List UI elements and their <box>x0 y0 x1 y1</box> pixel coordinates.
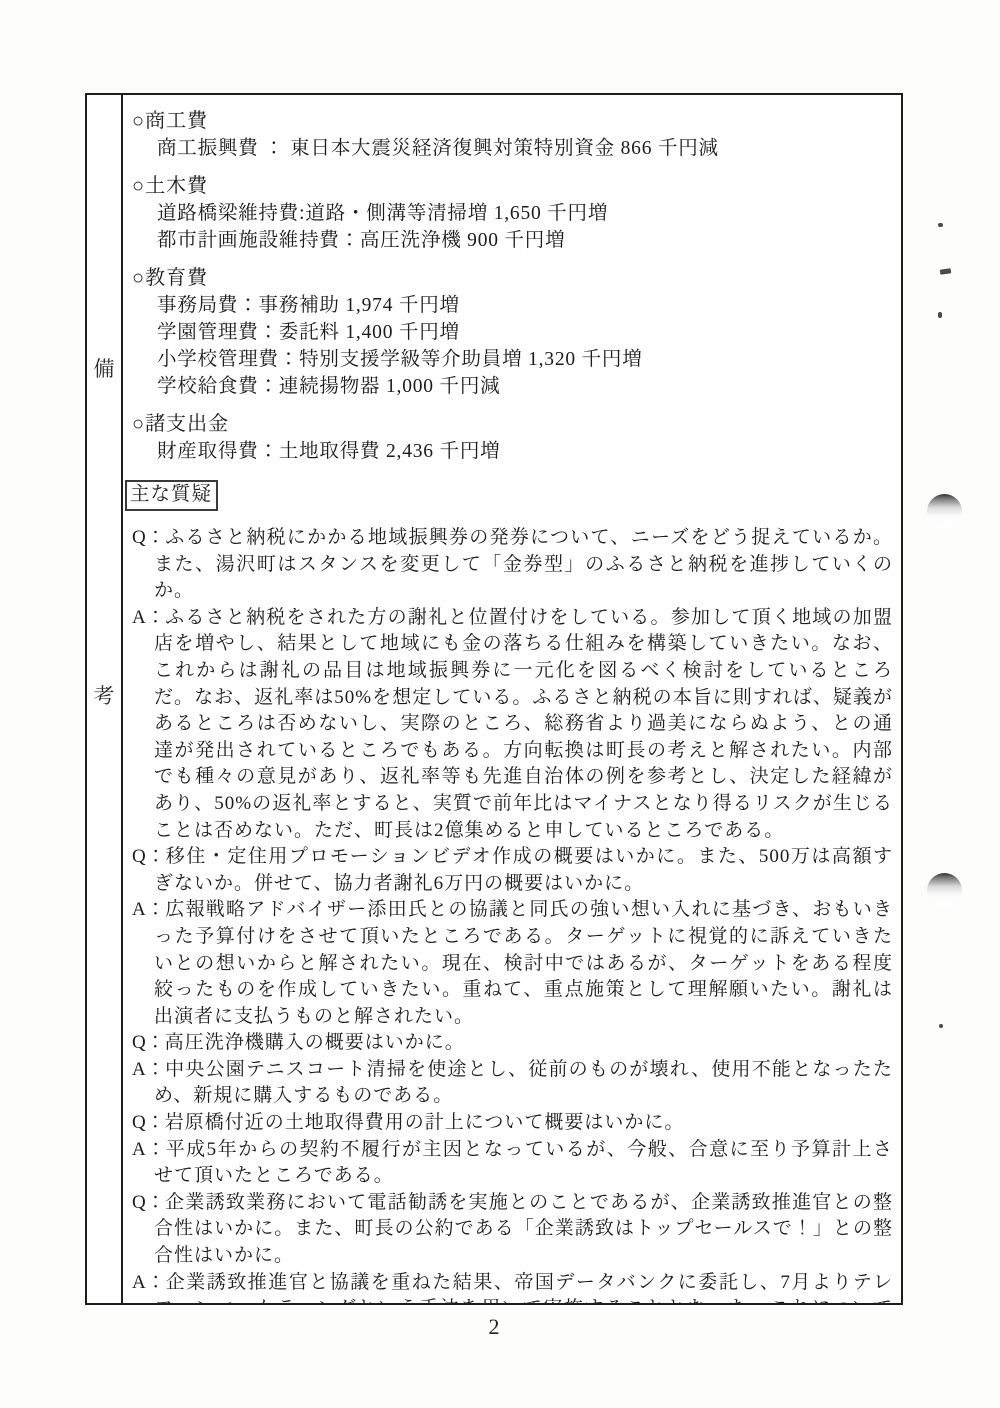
section-item: 学園管理費：委託料 1,400 千円増 <box>132 319 893 346</box>
qa-question: Q：高圧洗浄機購入の概要はいかに。 <box>132 1030 893 1057</box>
qa-prefix: Q： <box>132 527 165 548</box>
qa-answer: A：平成5年からの契約不履行が主因となっているが、今般、合意に至り予算計上させて… <box>132 1137 893 1190</box>
section-item: 財産取得費：土地取得費 2,436 千円増 <box>132 438 893 465</box>
qa-question: Q：移住・定住用プロモーションビデオ作成の概要はいかに。また、500万は高額すぎ… <box>132 844 893 897</box>
section-item: 事務局費：事務補助 1,974 千円増 <box>132 292 893 319</box>
section-item: 小学校管理費：特別支援学級等介助員増 1,320 千円増 <box>132 346 893 373</box>
qa-prefix: Q： <box>132 1032 165 1053</box>
scan-artifact <box>940 268 952 274</box>
section-title: ○教育費 <box>132 265 893 292</box>
section-item: 道路橋梁維持費:道路・側溝等清掃増 1,650 千円増 <box>132 200 893 227</box>
budget-section-education: ○教育費 事務局費：事務補助 1,974 千円増 学園管理費：委託料 1,400… <box>132 265 893 400</box>
qa-prefix: A： <box>132 1272 166 1293</box>
qa-prefix: A： <box>132 899 165 920</box>
qa-block: Q：ふるさと納税にかかる地域振興券の発券について、ニーズをどう捉えているか。また… <box>132 525 893 1303</box>
qa-prefix: Q： <box>132 1192 165 1213</box>
qa-text: 岩原橋付近の土地取得費用の計上について概要はいかに。 <box>165 1112 685 1133</box>
budget-section-misc-expenditure: ○諸支出金 財産取得費：土地取得費 2,436 千円増 <box>132 411 893 465</box>
remarks-table: 備 考 ○商工費 商工振興費 ： 東日本大震災経済復興対策特別資金 866 千円… <box>85 93 903 1305</box>
qa-text: 高圧洗浄機購入の概要はいかに。 <box>165 1032 465 1053</box>
qa-prefix: A： <box>132 1059 165 1080</box>
qa-text: 移住・定住用プロモーションビデオ作成の概要はいかに。また、500万は高額すぎない… <box>154 846 893 894</box>
qa-answer: A：ふるさと納税をされた方の謝礼と位置付けをしている。参加して頂く地域の加盟店を… <box>132 605 893 844</box>
qa-question: Q：岩原橋付近の土地取得費用の計上について概要はいかに。 <box>132 1110 893 1137</box>
section-title: ○商工費 <box>132 108 893 135</box>
remarks-header-column: 備 考 <box>87 95 123 1303</box>
budget-section-commerce: ○商工費 商工振興費 ： 東日本大震災経済復興対策特別資金 866 千円減 <box>132 108 893 162</box>
budget-section-civil-engineering: ○土木費 道路橋梁維持費:道路・側溝等清掃増 1,650 千円増 都市計画施設維… <box>132 173 893 254</box>
punch-hole <box>927 873 962 908</box>
punch-hole <box>927 494 962 529</box>
qa-heading-box: 主な質疑 <box>125 480 218 511</box>
remarks-content: ○商工費 商工振興費 ： 東日本大震災経済復興対策特別資金 866 千円減 ○土… <box>123 95 901 1303</box>
page-number: 2 <box>85 1314 903 1340</box>
qa-prefix: A： <box>132 607 165 628</box>
section-title: ○諸支出金 <box>132 411 893 438</box>
scan-artifact <box>938 312 942 318</box>
qa-prefix: Q： <box>132 846 166 867</box>
scan-artifact <box>939 1024 943 1028</box>
section-item: 学校給食費：連続揚物器 1,000 千円減 <box>132 373 893 400</box>
remarks-label-bottom: 考 <box>87 680 121 710</box>
qa-text: 広報戦略アドバイザー添田氏との協議と同氏の強い想い入れに基づき、おもいきった予算… <box>154 899 893 1026</box>
qa-prefix: A： <box>132 1139 166 1160</box>
qa-text: 企業誘致業務において電話勧誘を実施とのことであるが、企業誘致推進官との整合性はい… <box>154 1192 893 1266</box>
remarks-label-top: 備 <box>87 353 121 383</box>
section-item: 都市計画施設維持費：高圧洗浄機 900 千円増 <box>132 227 893 254</box>
qa-text: ふるさと納税をされた方の謝礼と位置付けをしている。参加して頂く地域の加盟店を増や… <box>154 607 893 841</box>
section-title: ○土木費 <box>132 173 893 200</box>
qa-text: ふるさと納税にかかる地域振興券の発券について、ニーズをどう捉えているか。また、湯… <box>154 527 893 601</box>
qa-question: Q：企業誘致業務において電話勧誘を実施とのことであるが、企業誘致推進官との整合性… <box>132 1190 893 1270</box>
qa-text: 企業誘致推進官と協議を重ねた結果、帝国データバンクに委託し、7月よりテレフォンマ… <box>154 1272 893 1303</box>
qa-prefix: Q： <box>132 1112 165 1133</box>
qa-answer: A：中央公園テニスコート清掃を使途とし、従前のものが壊れ、使用不能となったため、… <box>132 1057 893 1110</box>
scan-artifact <box>938 223 943 227</box>
qa-text: 中央公園テニスコート清掃を使途とし、従前のものが壊れ、使用不能となったため、新規… <box>154 1059 893 1107</box>
qa-text: 平成5年からの契約不履行が主因となっているが、今般、合意に至り予算計上させて頂い… <box>154 1139 893 1187</box>
qa-question: Q：ふるさと納税にかかる地域振興券の発券について、ニーズをどう捉えているか。また… <box>132 525 893 605</box>
qa-answer: A：企業誘致推進官と協議を重ねた結果、帝国データバンクに委託し、7月よりテレフォ… <box>132 1270 893 1303</box>
qa-answer: A：広報戦略アドバイザー添田氏との協議と同氏の強い想い入れに基づき、おもいきった… <box>132 897 893 1030</box>
section-item: 商工振興費 ： 東日本大震災経済復興対策特別資金 866 千円減 <box>132 135 893 162</box>
